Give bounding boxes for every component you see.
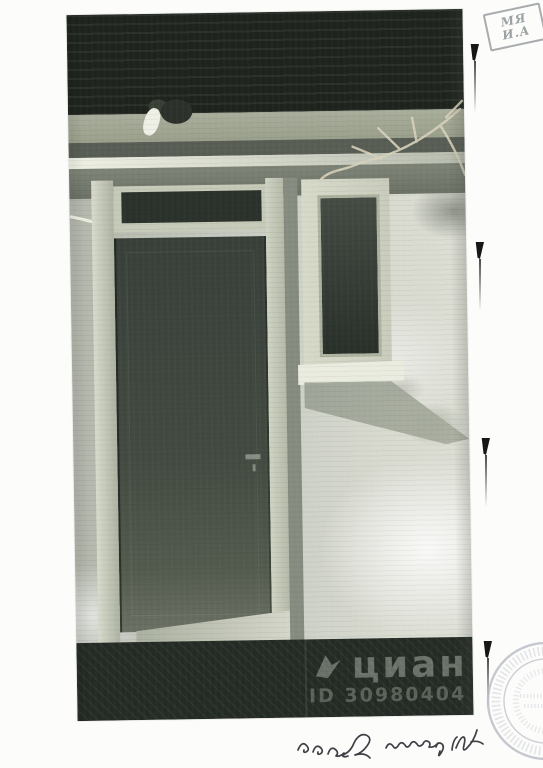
ink-mark-tail xyxy=(474,61,476,113)
scanned-page: циан ID 30980404 МЯ И.А xyxy=(0,0,543,768)
band-seam xyxy=(304,639,307,717)
cian-watermark: циан ID 30980404 xyxy=(308,645,468,707)
side-window-glass xyxy=(317,194,382,357)
ink-mark-tail xyxy=(485,455,487,507)
watermark-brand-row: циан xyxy=(308,645,468,684)
door-panel-outline xyxy=(126,250,260,616)
watermark-brand-text: циан xyxy=(352,645,468,684)
door-handle-mark xyxy=(245,454,260,459)
signature-ink xyxy=(290,720,490,768)
watermark-id-text: ID 30980404 xyxy=(309,683,469,707)
ink-mark-head xyxy=(481,438,490,455)
transom-frame xyxy=(113,184,270,232)
ink-mark xyxy=(475,242,485,311)
dry-branches xyxy=(318,95,466,207)
ink-mark-head xyxy=(475,242,484,259)
ink-mark-head xyxy=(470,44,479,61)
corner-stamp: МЯ И.А xyxy=(483,2,543,51)
transom-glass xyxy=(121,190,261,223)
property-photo: циан ID 30980404 xyxy=(66,9,473,721)
cian-logo-icon xyxy=(313,652,343,678)
object-on-ledge xyxy=(138,91,201,140)
ink-mark xyxy=(481,438,491,507)
ink-mark xyxy=(470,44,480,113)
photo-bottom-dark-band: циан ID 30980404 xyxy=(76,637,473,721)
door-keyhole-mark xyxy=(253,464,256,471)
ink-mark-tail xyxy=(479,259,481,311)
object-white-patch xyxy=(140,106,163,137)
corner-stamp-line2: И.А xyxy=(501,24,531,43)
entrance-door xyxy=(114,236,272,632)
side-window-frame xyxy=(301,178,392,383)
